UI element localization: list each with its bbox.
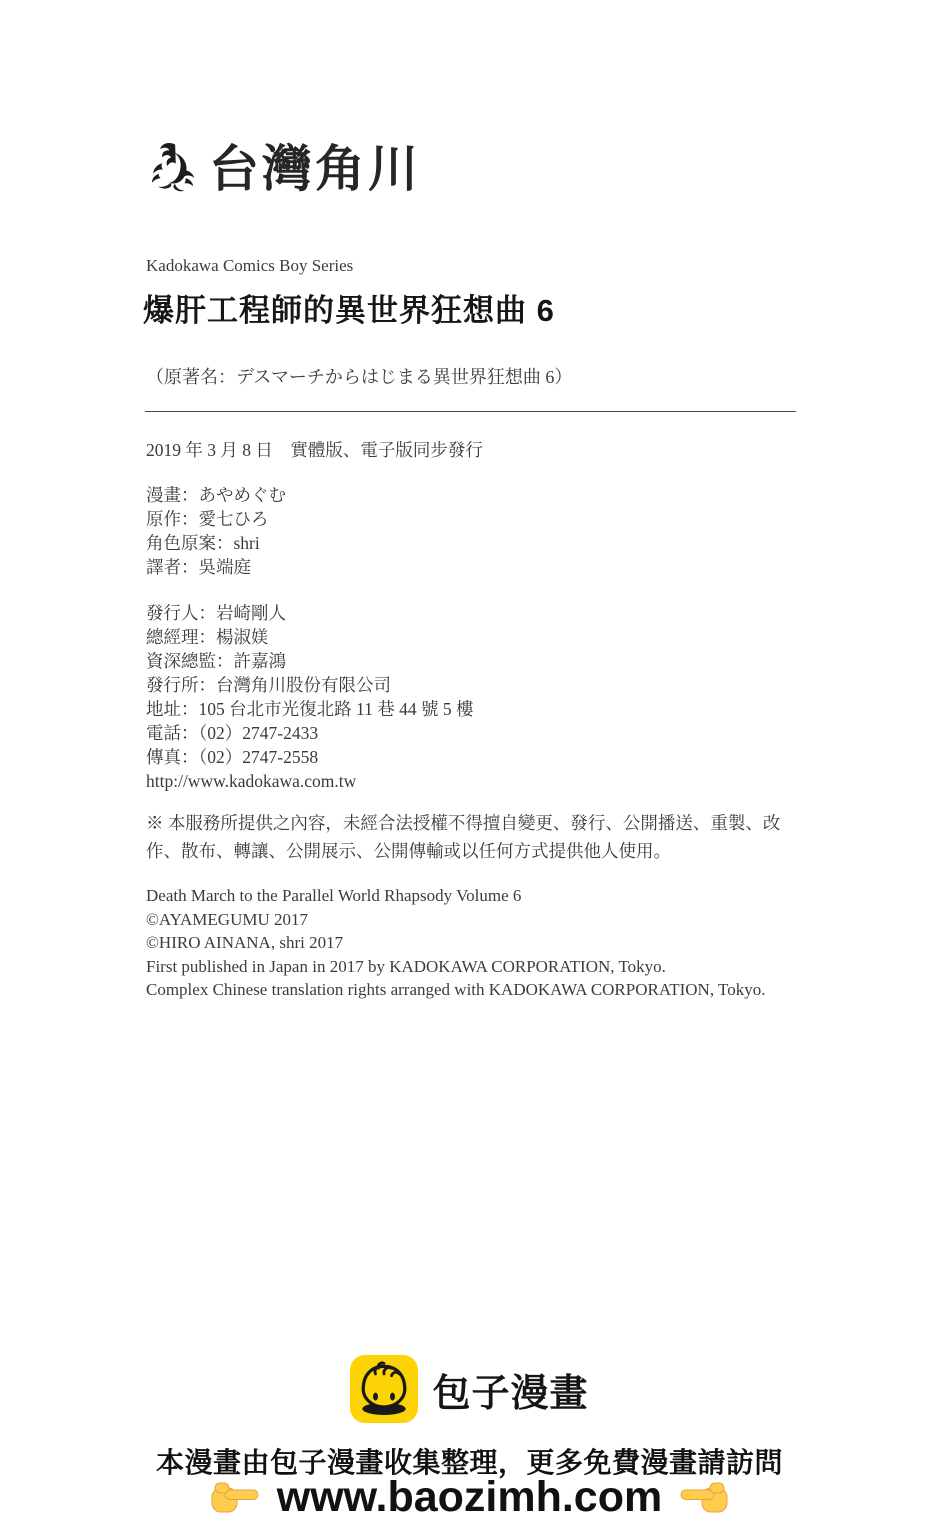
publisher-logo: 台灣角川 xyxy=(145,140,421,198)
footer-url-row: www.baozimh.com xyxy=(0,1473,939,1522)
publishing-block: 發行人：岩崎剛人 總經理：楊淑媄 資深總監：許嘉鴻 發行所：台灣角川股份有限公司… xyxy=(146,601,473,793)
copyright-block: Death March to the Parallel World Rhapso… xyxy=(146,884,765,1002)
copyright-line: ©HIRO AINANA, shri 2017 xyxy=(146,931,765,955)
publisher-name: 台灣角川 xyxy=(209,140,421,198)
point-left-icon xyxy=(680,1481,728,1515)
baozi-brand-row: 包子漫畫 xyxy=(0,1355,939,1423)
point-right-icon xyxy=(211,1481,259,1515)
original-title: （原著名：デスマーチからはじまる異世界狂想曲 6） xyxy=(146,363,572,389)
divider-line xyxy=(145,411,796,412)
credits-block: 漫畫：あやめぐむ 原作：愛七ひろ 角色原案：shri 譯者：吳端庭 xyxy=(146,483,286,579)
credit-line: 角色原案：shri xyxy=(146,531,286,555)
baozi-icon xyxy=(350,1355,418,1423)
publishing-line: 地址：105 台北市光復北路 11 巷 44 號 5 樓 xyxy=(146,697,473,721)
book-title: 爆肝工程師的異世界狂想曲 6 xyxy=(143,285,555,330)
rights-notice: ※ 本服務所提供之內容，未經合法授權不得擅自變更、發行、公開播送、重製、改作、散… xyxy=(146,810,808,865)
credit-line: 原作：愛七ひろ xyxy=(146,507,286,531)
copyright-line: Complex Chinese translation rights arran… xyxy=(146,978,765,1002)
publishing-line: 發行人：岩崎剛人 xyxy=(146,601,473,625)
publishing-line: 傳真：（02）2747-2558 xyxy=(146,745,473,769)
release-info: 2019 年 3 月 8 日 實體版、電子版同步發行 xyxy=(146,437,483,462)
credit-line: 譯者：吳端庭 xyxy=(146,555,286,579)
phoenix-icon xyxy=(145,140,203,198)
publishing-line: 資深總監：許嘉鴻 xyxy=(146,649,473,673)
publishing-line: 發行所：台灣角川股份有限公司 xyxy=(146,673,473,697)
credit-line: 漫畫：あやめぐむ xyxy=(146,483,286,507)
copyright-line: Death March to the Parallel World Rhapso… xyxy=(146,884,765,908)
publisher-website-url: http://www.kadokawa.com.tw xyxy=(146,769,473,793)
copyright-line: First published in Japan in 2017 by KADO… xyxy=(146,955,765,979)
copyright-line: ©AYAMEGUMU 2017 xyxy=(146,908,765,932)
footer-url: www.baozimh.com xyxy=(277,1473,662,1522)
publishing-line: 電話：（02）2747-2433 xyxy=(146,721,473,745)
colophon-page: 台灣角川 Kadokawa Comics Boy Series 爆肝工程師的異世… xyxy=(0,0,939,1531)
publishing-line: 總經理：楊淑媄 xyxy=(146,625,473,649)
series-label: Kadokawa Comics Boy Series xyxy=(146,256,353,276)
baozi-brand-name: 包子漫畫 xyxy=(432,1362,588,1417)
